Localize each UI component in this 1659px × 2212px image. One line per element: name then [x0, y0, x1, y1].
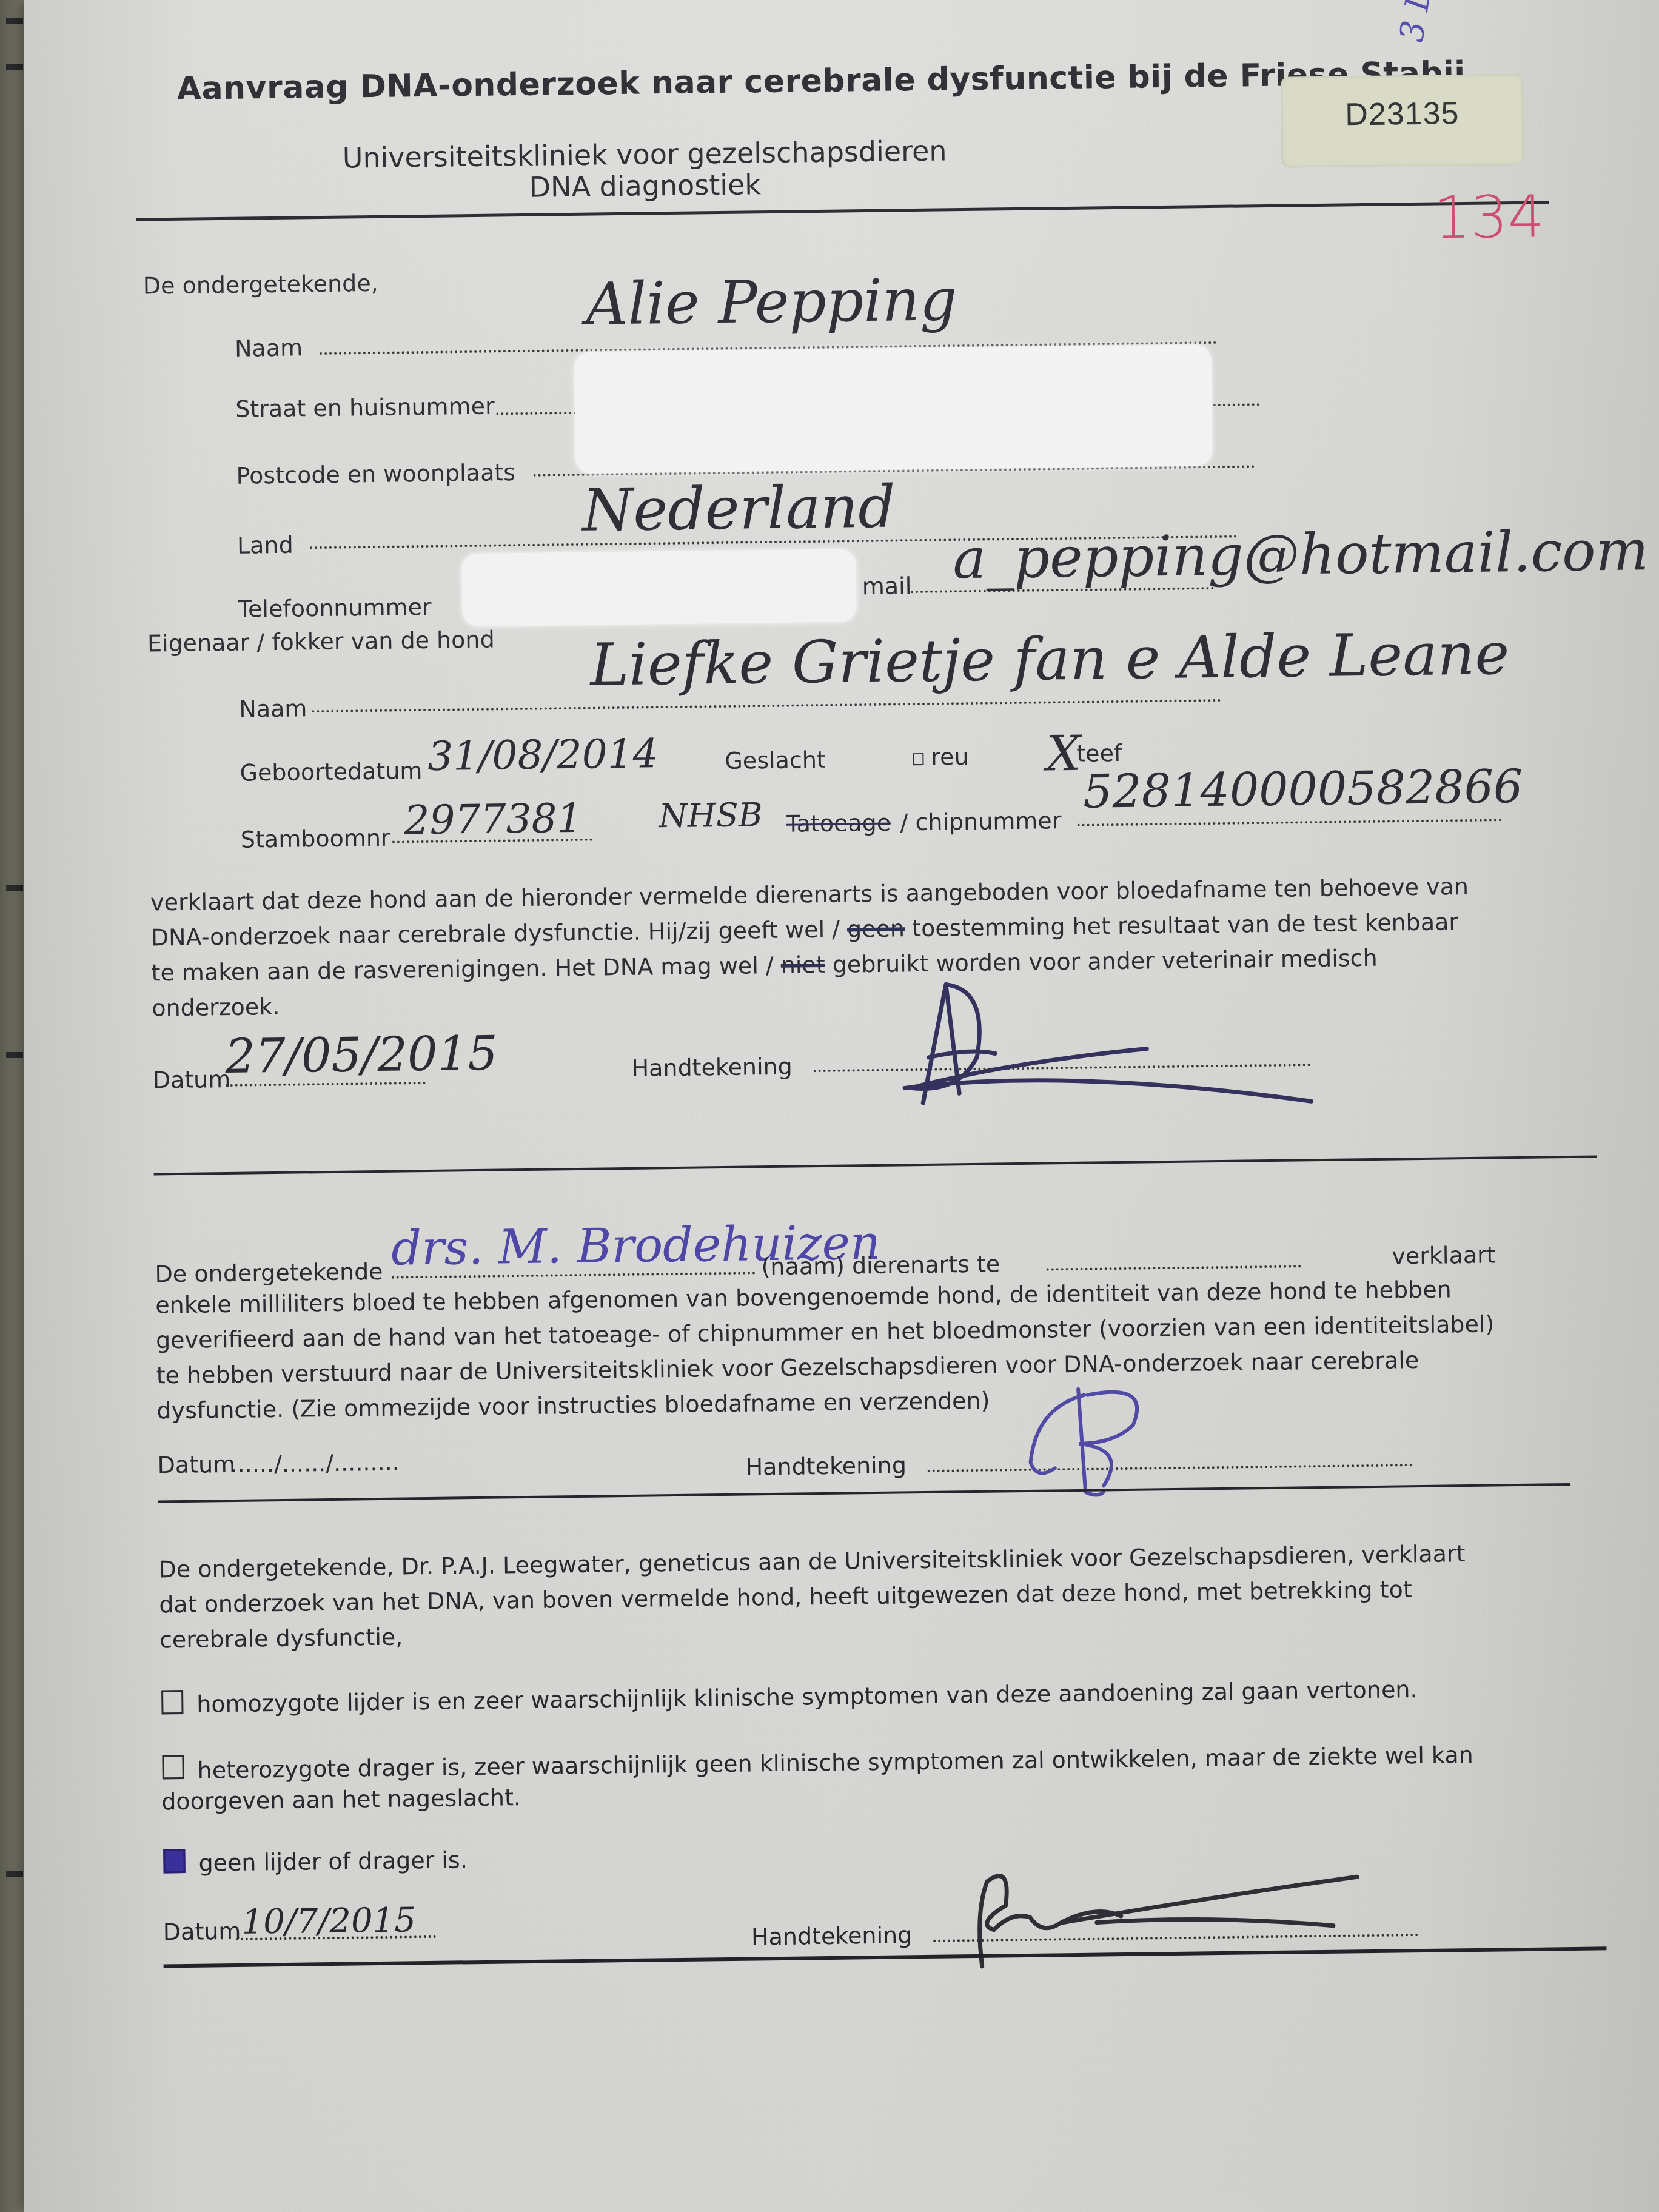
birthdate-label: Geboortedatum [240, 757, 422, 786]
binder-hole-mark [6, 1871, 23, 1877]
address-redaction [574, 344, 1212, 474]
genetics-signature-label: Handtekening [751, 1922, 913, 1950]
chip-label: / chipnummer [900, 807, 1061, 836]
owner-name-value[interactable]: Alie Pepping [586, 266, 957, 338]
consent-line-2-a: DNA-onderzoek naar cerebrale dysfunctie.… [151, 916, 848, 951]
heterozygous-line-2: doorgeven aan het nageslacht. [161, 1784, 521, 1815]
vet-lead: De ondergetekende [155, 1258, 383, 1288]
section-divider [158, 1483, 1570, 1503]
section-divider [154, 1155, 1597, 1175]
vet-signature[interactable] [1011, 1376, 1170, 1499]
genetics-date-label: Datum [163, 1918, 241, 1946]
heterozygous-line-1: heterozygote drager is, zeer waarschijnl… [197, 1735, 1610, 1788]
country-value[interactable]: Nederland [582, 472, 896, 544]
birthdate-value[interactable]: 31/08/2014 [427, 730, 659, 780]
email-label: mail [862, 572, 912, 600]
sex-male-label: reu [931, 743, 969, 771]
sex-label: Geslacht [725, 746, 826, 774]
owner-date-label: Datum [152, 1066, 230, 1094]
dog-name-value[interactable]: Liefke Grietje fan e Alde Leane [590, 620, 1510, 699]
sex-male-checkbox[interactable] [913, 753, 923, 765]
heterozygous-checkbox[interactable] [162, 1755, 184, 1779]
consent-struck-geen: geen [847, 915, 905, 942]
binder-hole-mark [6, 18, 23, 24]
geneticist-signature[interactable] [939, 1852, 1413, 1979]
vet-signature-label: Handtekening [745, 1452, 907, 1480]
vet-after-name: (naam) dierenarts te [761, 1250, 1000, 1280]
dog-name-line [312, 699, 1221, 712]
chip-line [1078, 819, 1502, 826]
tattoo-label-struck: Tatoeage [786, 809, 891, 837]
genetics-statement: De ondergetekende, Dr. P.A.J. Leegwater,… [158, 1534, 1627, 1658]
binder-hole-mark [6, 64, 23, 70]
homozygous-label: homozygote lijder is en zeer waarschijnl… [196, 1676, 1418, 1718]
owner-signature[interactable] [885, 967, 1360, 1119]
form-title: Aanvraag DNA-onderzoek naar cerebrale dy… [176, 55, 1466, 107]
sex-female-mark[interactable]: X [1046, 725, 1081, 782]
dog-name-label: Naam [239, 695, 307, 722]
binder-hole-mark [6, 1052, 23, 1058]
chip-value[interactable]: 528140000582866 [1083, 759, 1523, 819]
vet-location-line [1047, 1265, 1301, 1270]
pedigree-value[interactable]: 2977381 [404, 795, 583, 844]
vet-date-value[interactable]: ....../....../......... [230, 1449, 400, 1478]
pedigree-label: Stamboomnr [241, 825, 390, 853]
form-sheet: Aanvraag DNA-onderzoek naar cerebrale dy… [121, 0, 1613, 2001]
owner-intro: De ondergetekende, [142, 270, 378, 300]
binder-hole-mark [6, 885, 23, 891]
pedigree-registry[interactable]: NHSB [659, 796, 763, 835]
red-annotation: 134 [1433, 183, 1546, 252]
no-carrier-checkbox[interactable] [163, 1849, 185, 1873]
blue-annotation: 3 L [1392, 0, 1438, 45]
email-value[interactable]: a_pepping@hotmail.com [953, 518, 1649, 591]
vet-statement: enkele milliliters bloed te hebben afgen… [155, 1270, 1624, 1429]
heterozygous-label: heterozygote drager is, zeer waarschijnl… [197, 1735, 1610, 1788]
homozygous-checkbox[interactable] [161, 1690, 183, 1714]
vet-date-label: Datum [157, 1451, 235, 1479]
sex-female-label: teef [1076, 740, 1122, 767]
postcode-label: Postcode en woonplaats [236, 459, 515, 489]
no-carrier-label: geen lijder of drager is. [198, 1846, 468, 1876]
sample-id-code: D23135 [1281, 95, 1524, 134]
country-label: Land [237, 532, 293, 559]
consent-line-3-a: te maken aan de rasverenigingen. Het DNA… [151, 952, 781, 987]
street-label: Straat en huisnummer [235, 393, 495, 423]
owner-name-label: Naam [235, 334, 303, 361]
vet-verklaart: verklaart [1392, 1241, 1496, 1269]
dog-section-heading: Eigenaar / fokker van de hond [147, 626, 495, 657]
consent-struck-niet: niet [780, 951, 825, 979]
consent-text: verklaart dat deze hond aan de hieronder… [150, 867, 1607, 1025]
phone-label: Telefoonnummer [238, 594, 432, 623]
consent-line-2-b: toestemming het resultaat van de test ke… [905, 908, 1459, 942]
owner-signature-label: Handtekening [631, 1053, 793, 1082]
genetics-date-value[interactable]: 10/7/2015 [241, 1900, 416, 1942]
paper-form: Aanvraag DNA-onderzoek naar cerebrale dy… [24, 0, 1659, 2212]
phone-redaction [461, 549, 856, 626]
owner-date-value[interactable]: 27/05/2015 [225, 1027, 498, 1084]
